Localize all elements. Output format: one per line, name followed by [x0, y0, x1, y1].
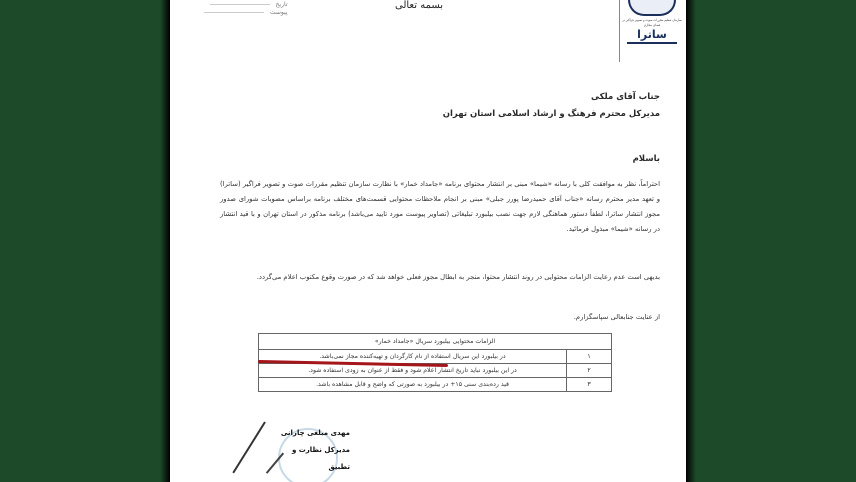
date-line — [210, 4, 270, 5]
requirements-table-title: الزامات محتوایی بیلبورد سریال «جامداد خم… — [259, 334, 612, 350]
greeting: باسلام — [633, 154, 660, 164]
logo-underline — [627, 42, 677, 44]
signatory-title: مدیرکل نظارت و تطبیق — [280, 442, 350, 476]
signatory-name: مهدی مبلغی چارانی — [280, 425, 350, 442]
attachment-line — [204, 12, 264, 13]
body-paragraph-2: بدیهی است عدم رعایت الزامات محتوایی در ر… — [220, 270, 660, 285]
letter-document: سازمان تنظیم مقررات صوت و تصویر فراگیر د… — [170, 0, 686, 482]
row-number: ۳ — [567, 378, 612, 392]
closing-line: از عنایت جنابعالی سپاسگزارم. — [574, 313, 660, 321]
date-label: تاریخ — [276, 1, 288, 8]
logo-wordmark: ساترا — [622, 28, 682, 42]
row-number: ۲ — [567, 364, 612, 378]
page-shadow-left — [160, 0, 170, 482]
page-shadow-right — [686, 0, 696, 482]
recipient-title: مدیرکل محترم فرهنگ و ارشاد اسلامی استان … — [443, 106, 660, 123]
emblem-icon — [628, 0, 676, 16]
letterhead-divider — [619, 0, 620, 62]
attachment-label: پیوست — [270, 9, 288, 16]
letter-meta: تاریخ پیوست — [204, 0, 288, 16]
row-number: ۱ — [567, 350, 612, 364]
signature-block: مهدی مبلغی چارانی مدیرکل نظارت و تطبیق — [280, 425, 350, 476]
body-paragraph-1: احتراماً، نظر به موافقت کلی با رسانه «شی… — [220, 177, 660, 237]
row-text: قید رده‌بندی سنی ۱۵+ در بیلبورد به صورتی… — [259, 378, 567, 392]
recipient-name: جناب آقای ملکی — [443, 89, 660, 106]
signature-mark — [232, 421, 265, 473]
organization-logo: سازمان تنظیم مقررات صوت و تصویر فراگیر د… — [622, 0, 682, 44]
recipient-address: جناب آقای ملکی مدیرکل محترم فرهنگ و ارشا… — [443, 89, 660, 123]
logo-subtitle: سازمان تنظیم مقررات صوت و تصویر فراگیر د… — [622, 18, 682, 28]
basmala-heading: بسمه تعالی — [395, 0, 443, 11]
table-row: ۳ قید رده‌بندی سنی ۱۵+ در بیلبورد به صور… — [259, 378, 612, 392]
